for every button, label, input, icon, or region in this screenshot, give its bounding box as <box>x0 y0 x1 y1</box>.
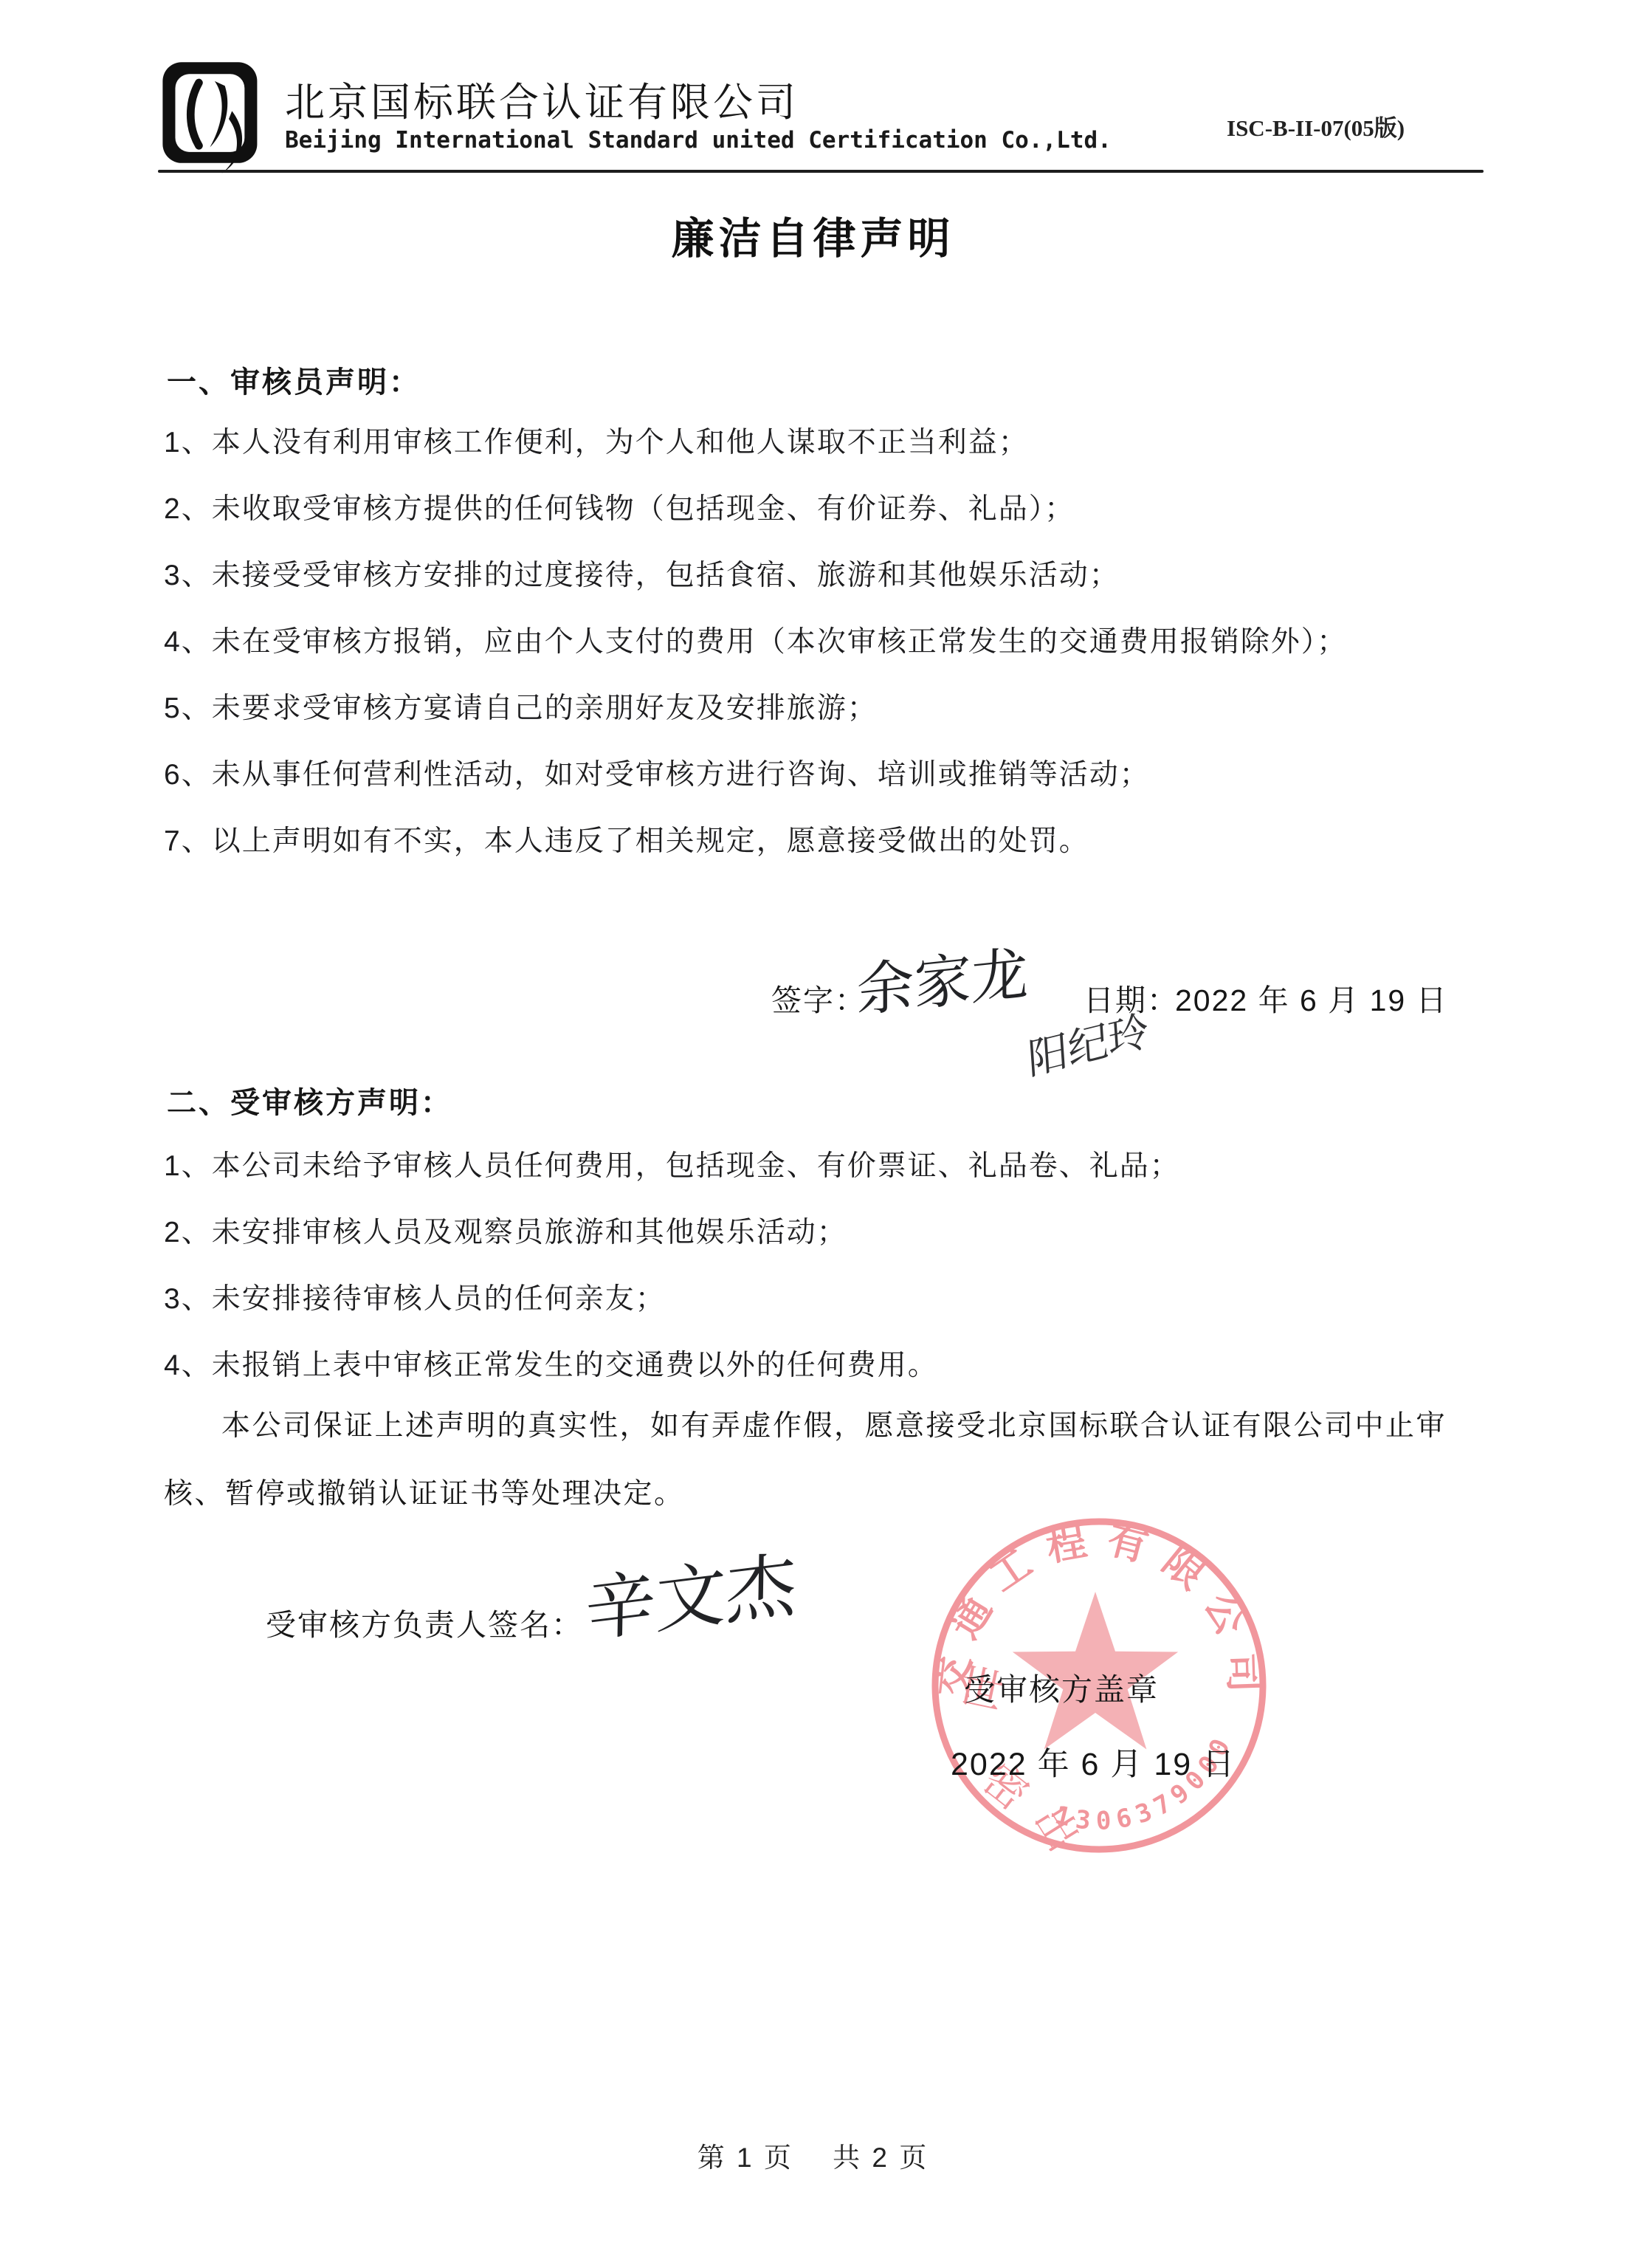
list-item: 3、未安排接待审核人员的任何亲友； <box>164 1266 1492 1333</box>
list-item: 1、本公司未给予审核人员任何费用，包括现金、有价票证、礼品卷、礼品； <box>164 1133 1492 1200</box>
list-item: 7、以上声明如有不实，本人违反了相关规定，愿意接受做出的处罚。 <box>164 808 1492 875</box>
list-item: 3、未接受受审核方安排的过度接待，包括食宿、旅游和其他娱乐活动； <box>164 543 1492 609</box>
stamp-caption: 受审核方盖章 <box>964 1666 1159 1710</box>
page-title: 廉洁自律声明 <box>0 204 1626 266</box>
auditor-sign-label: 签字： <box>771 976 867 1020</box>
certification-logo-icon <box>158 59 276 177</box>
list-item: 4、未在受审核方报销，应由个人支付的费用（本次审核正常发生的交通费用报销除外）； <box>164 609 1492 676</box>
auditee-section-heading: 二、受审核方声明： <box>167 1079 452 1121</box>
list-item: 4、未报销上表中审核正常发生的交通费以外的任何费用。 <box>164 1333 1492 1399</box>
auditor-date-value: 2022 年 6 月 19 日 <box>1175 976 1448 1020</box>
form-number: ISC-B-II-07(05版) <box>1227 109 1405 142</box>
auditor-section-heading: 一、审核员声明： <box>167 359 421 401</box>
list-item: 2、未收取受审核方提供的任何钱物（包括现金、有价证券、礼品）； <box>164 476 1492 543</box>
company-name-cn: 北京国标联合认证有限公司 <box>285 71 799 128</box>
auditee-sign-label: 受审核方负责人签名： <box>266 1601 583 1644</box>
list-item: 6、未从事任何营利性活动，如对受审核方进行咨询、培训或推销等活动； <box>164 742 1492 808</box>
stamp-date: 2022 年 6 月 19 日 <box>951 1739 1236 1784</box>
list-item: 1、本人没有利用审核工作便利，为个人和他人谋取不正当利益； <box>164 410 1492 476</box>
auditor-handwritten-signature: 余家龙 <box>857 927 1029 1028</box>
list-item: 5、未要求受审核方宴请自己的亲朋好友及安排旅游； <box>164 676 1492 742</box>
page-number: 第 1 页 共 2 页 <box>0 2135 1626 2175</box>
auditee-handwritten-signature: 辛文杰 <box>585 1528 797 1656</box>
auditor-declaration-list: 1、本人没有利用审核工作便利，为个人和他人谋取不正当利益； 2、未收取受审核方提… <box>164 410 1492 875</box>
document-page: 北京国标联合认证有限公司 Beijing International Stand… <box>0 0 1626 2268</box>
auditor-date-label: 日期： <box>1084 976 1179 1020</box>
company-name-en: Beijing International Standard united Ce… <box>285 127 1112 154</box>
company-logo <box>158 59 276 177</box>
closing-paragraph: 本公司保证上述声明的真实性，如有弄虚作假，愿意接受北京国标联合认证有限公司中止审… <box>164 1392 1487 1528</box>
auditee-declaration-list: 1、本公司未给予审核人员任何费用，包括现金、有价票证、礼品卷、礼品； 2、未安排… <box>164 1133 1492 1399</box>
list-item: 2、未安排审核人员及观察员旅游和其他娱乐活动； <box>164 1200 1492 1266</box>
header-divider <box>158 170 1484 173</box>
